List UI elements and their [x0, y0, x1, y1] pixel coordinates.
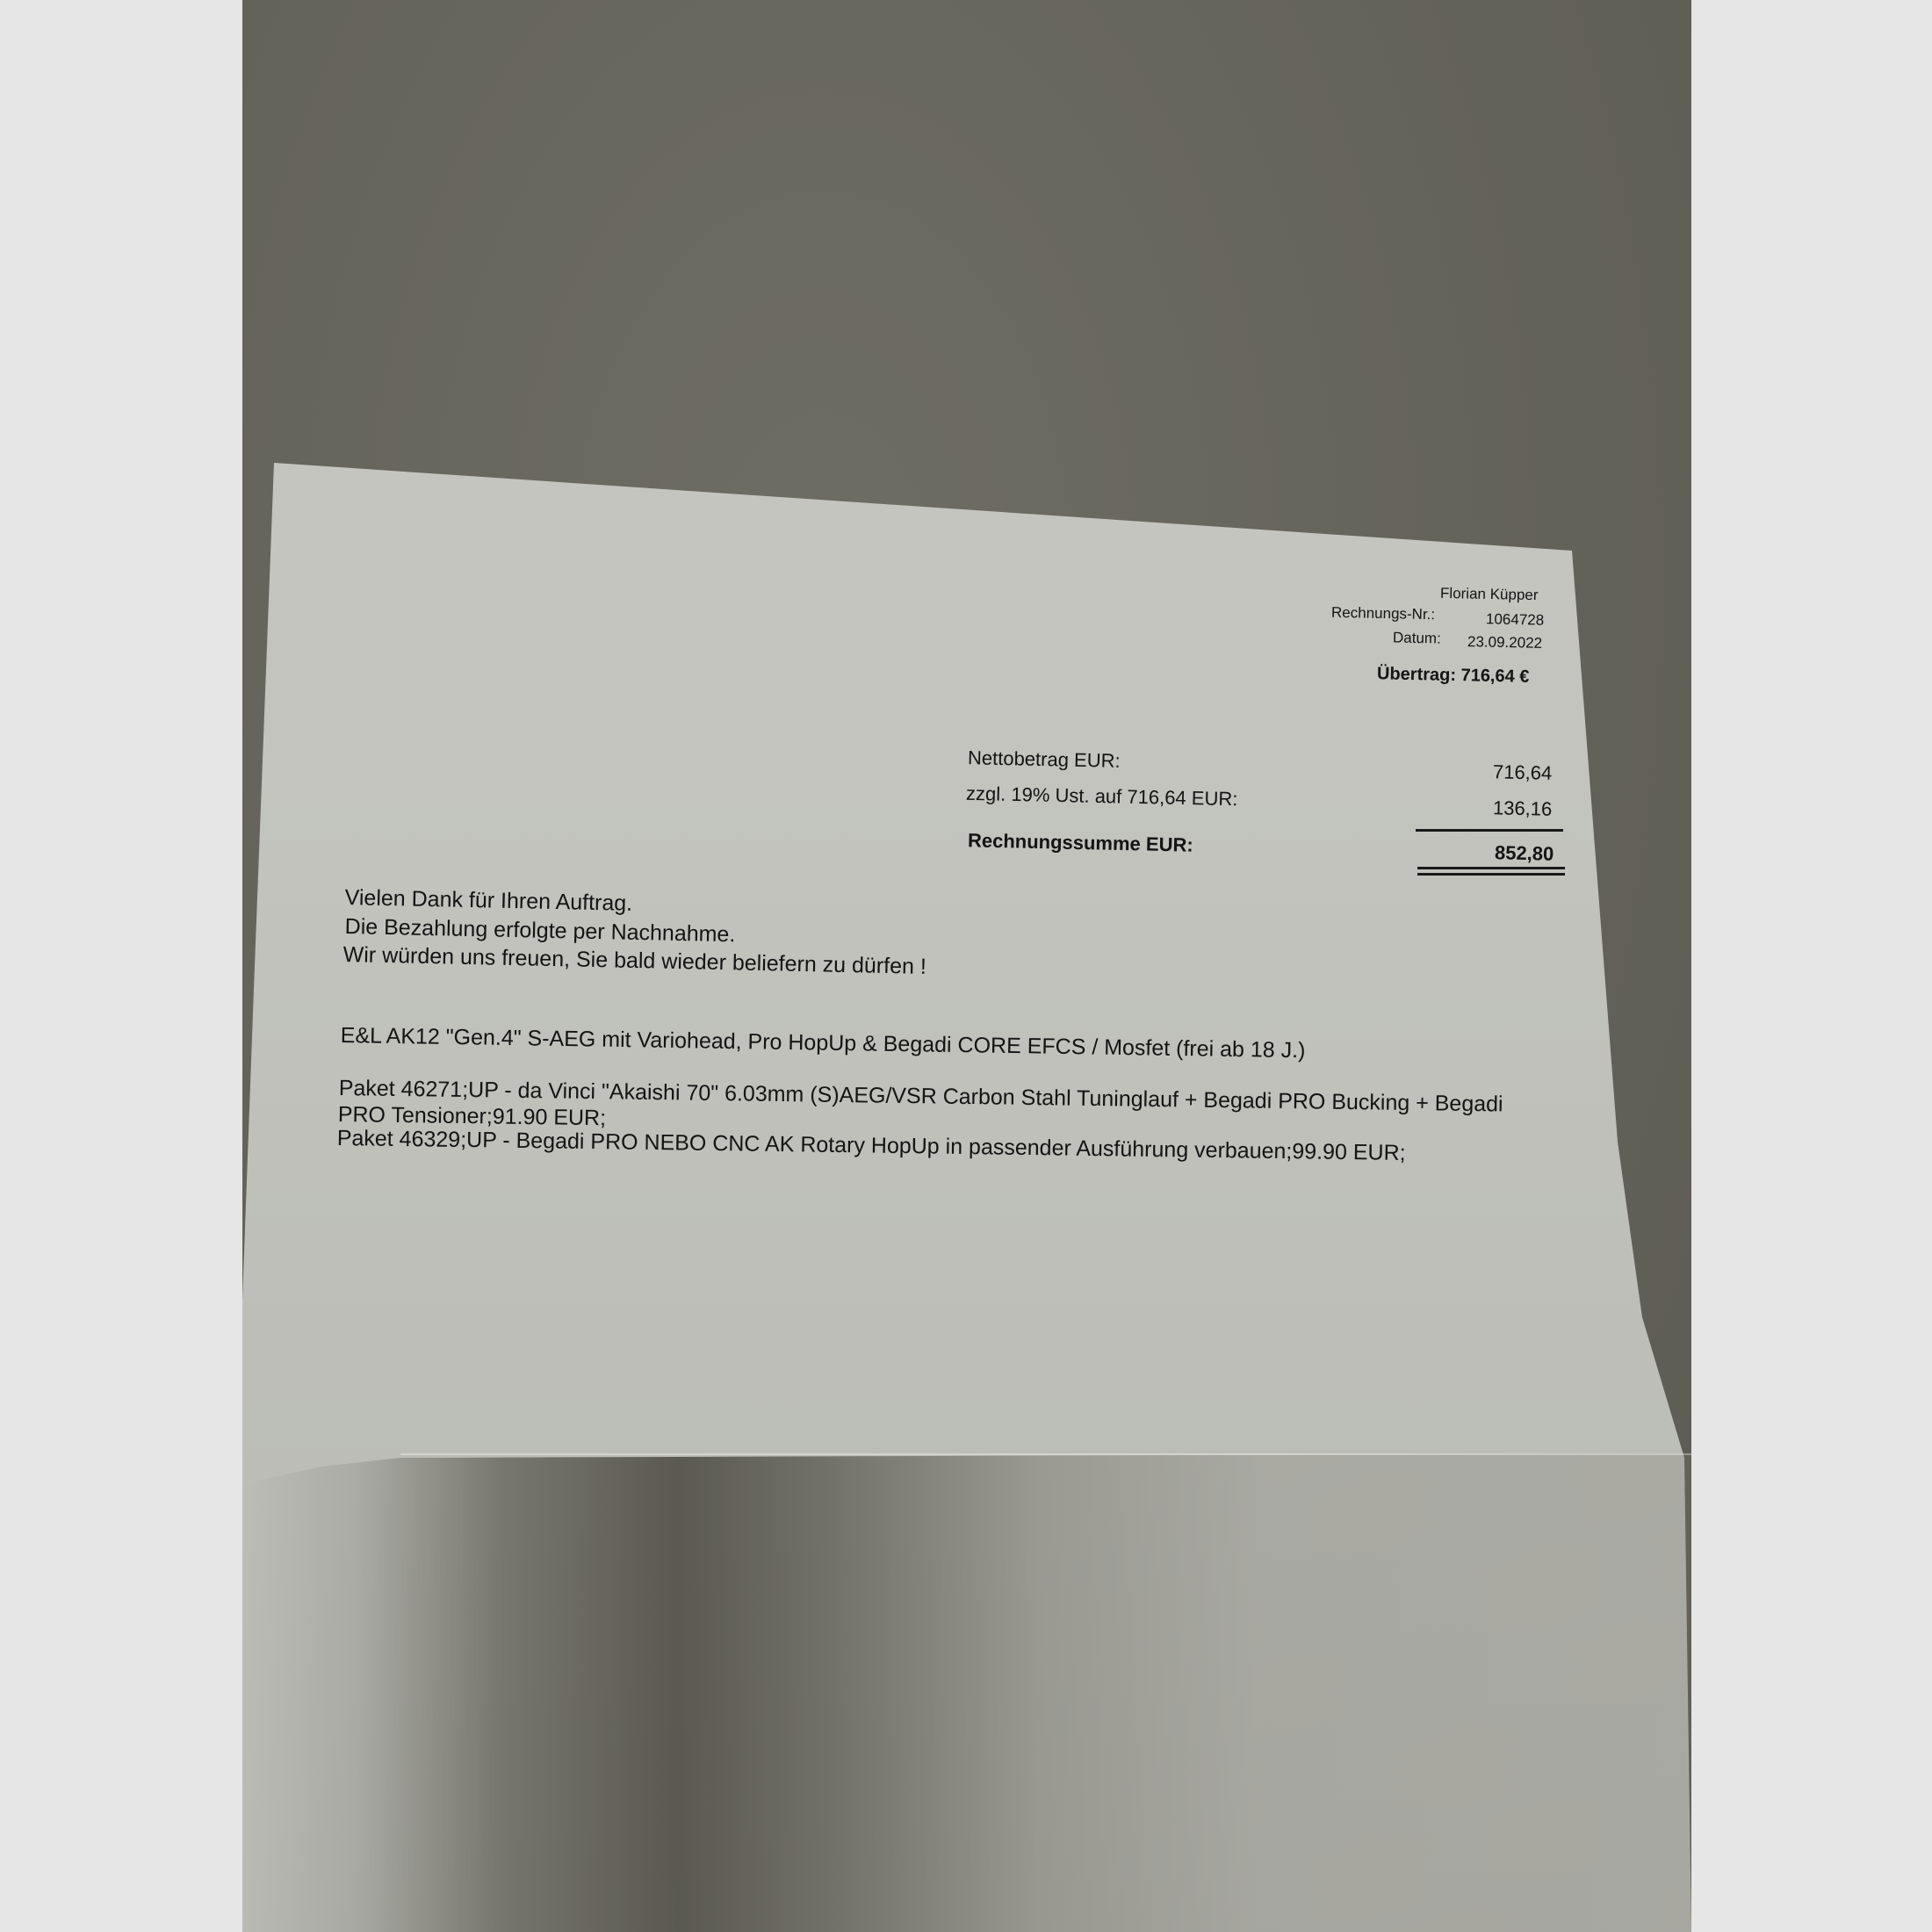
invoice-total-value: 852,80 — [1495, 841, 1554, 865]
item-line: E&L AK12 "Gen.4" S-AEG mit Variohead, Pr… — [341, 1023, 1306, 1063]
vat-value: 136,16 — [1493, 797, 1553, 820]
invoice-number-label: Rechnungs-Nr.: — [1331, 604, 1436, 624]
date-label: Datum: — [1393, 629, 1441, 647]
total-double-rule-bottom — [1417, 873, 1565, 876]
thanks-line: Vielen Dank für Ihren Auftrag. — [344, 885, 632, 917]
total-double-rule-top — [1417, 867, 1565, 869]
net-amount-value: 716,64 — [1493, 761, 1553, 784]
item-line: Paket 46329;UP - Begadi PRO NEBO CNC AK … — [337, 1126, 1406, 1166]
invoice-total-label: Rechnungssumme EUR: — [968, 829, 1193, 856]
farewell-line: Wir würden uns freuen, Sie bald wieder b… — [342, 942, 926, 980]
invoice-document: Florian Küpper Rechnungs-Nr.: 1064728 Da… — [242, 0, 1691, 1932]
invoice-date: 23.09.2022 — [1467, 633, 1542, 652]
invoice-number: 1064728 — [1486, 610, 1545, 629]
vat-label: zzgl. 19% Ust. auf 716,64 EUR: — [966, 782, 1238, 811]
customer-name: Florian Küpper — [1440, 585, 1539, 604]
net-amount-label: Nettobetrag EUR: — [968, 746, 1121, 773]
photo: Florian Küpper Rechnungs-Nr.: 1064728 Da… — [242, 0, 1691, 1932]
subtotal-rule — [1416, 829, 1563, 832]
carryover-amount: Übertrag: 716,64 € — [1377, 664, 1530, 688]
